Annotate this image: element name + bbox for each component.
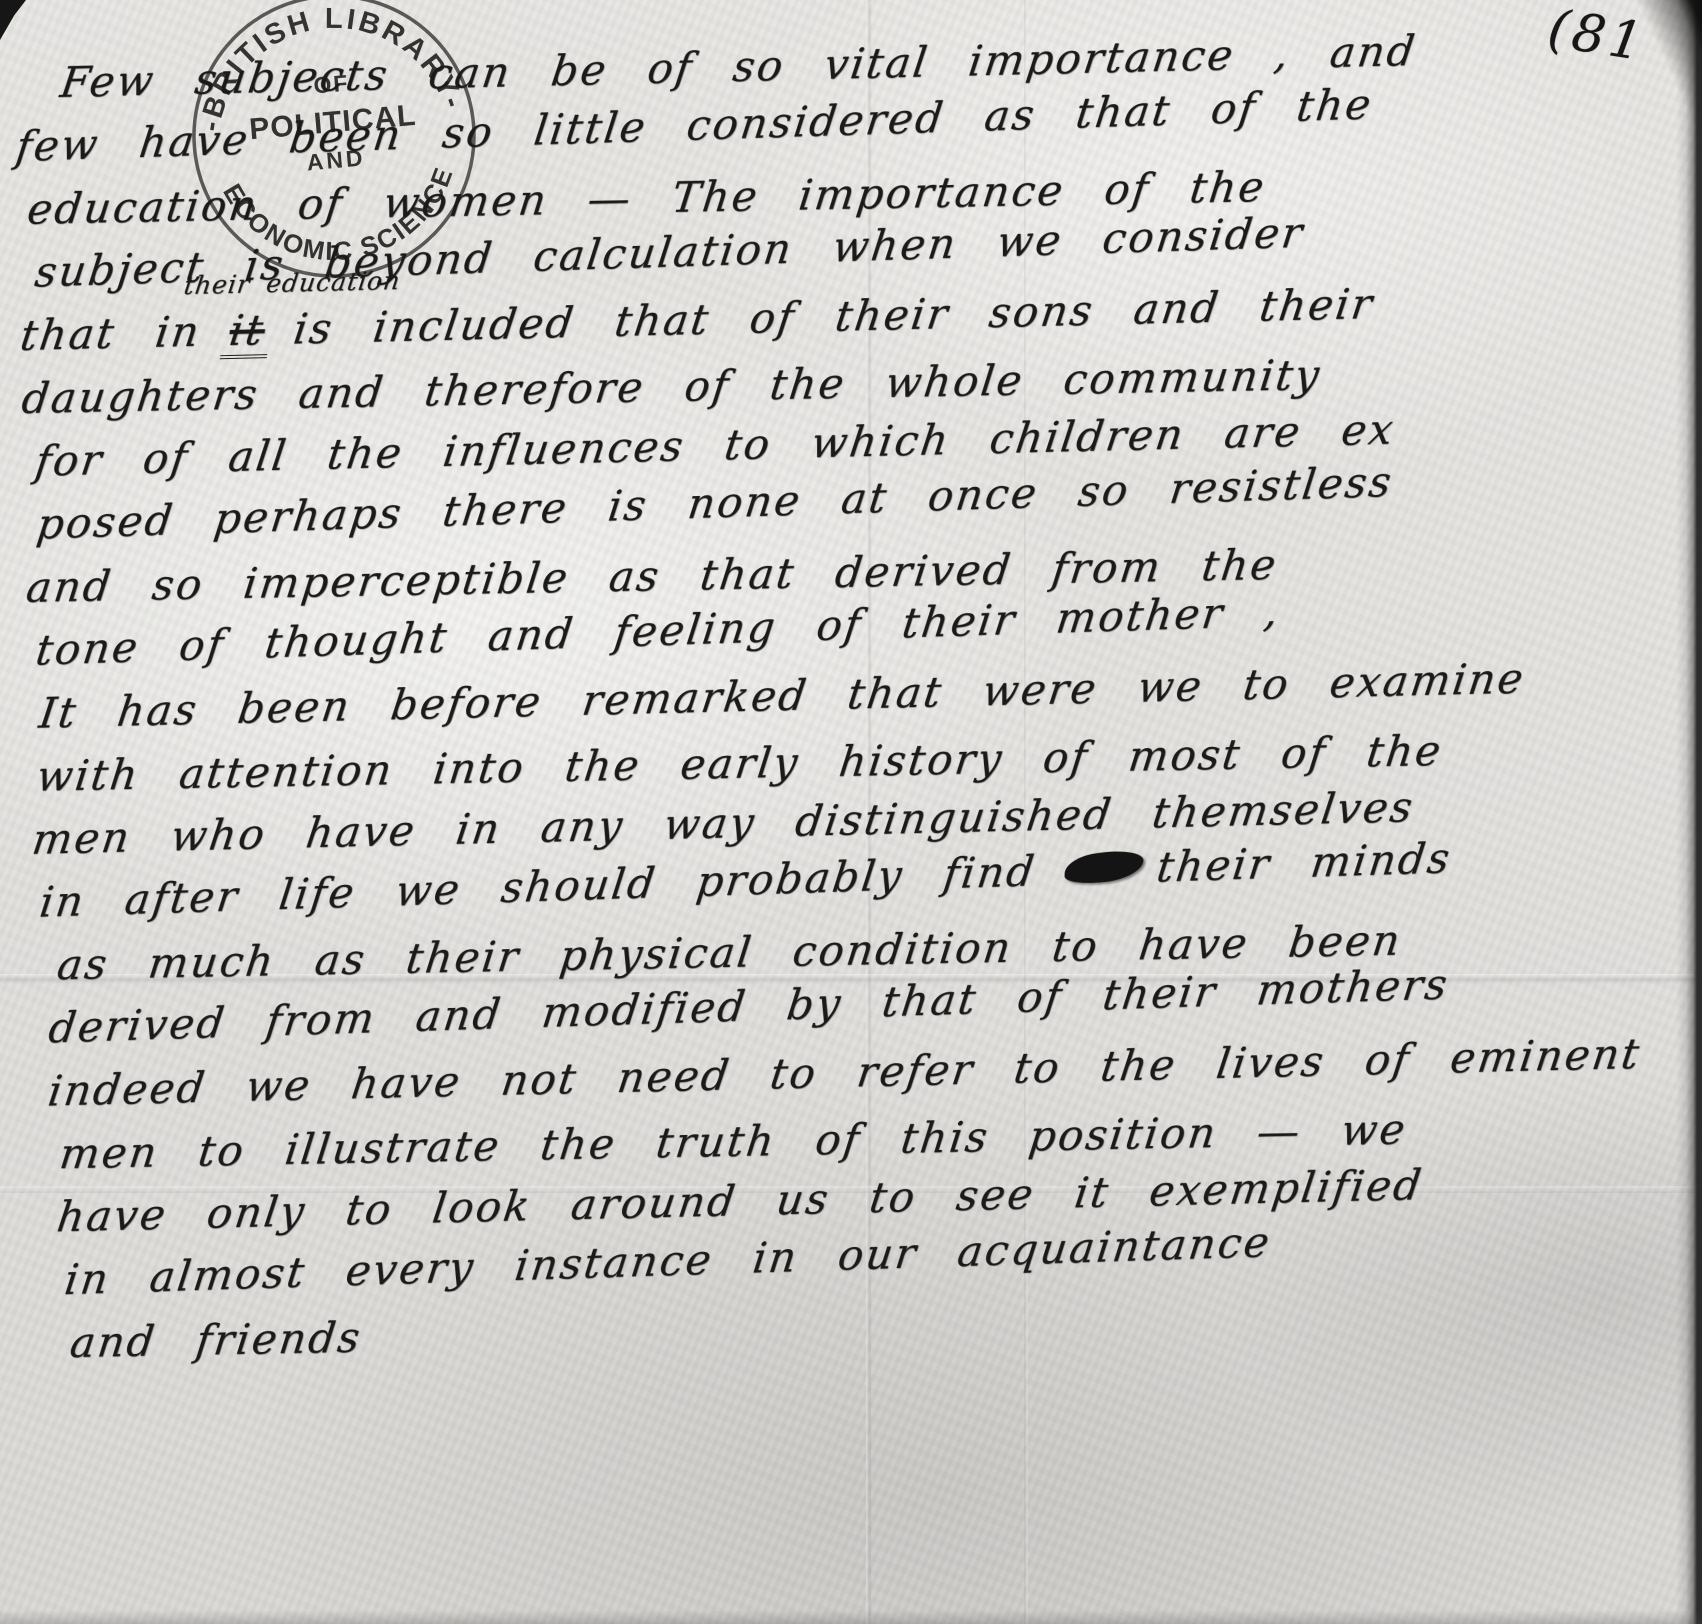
- struck-word-wrap: their educationit: [220, 298, 275, 362]
- manuscript-photo: -BRITISH LIBRARY- ECONOMIC SCIENCE OF PO…: [0, 0, 1702, 1624]
- photo-bottom-edge-shadow: [0, 1610, 1702, 1624]
- ink-blot-deletion: [1064, 848, 1144, 887]
- interlinear-insertion: their education: [182, 268, 402, 298]
- photo-top-left-corner-mark: [0, 0, 26, 40]
- line-text-segment: that in: [17, 307, 204, 360]
- line-text-segment: their minds: [1154, 833, 1455, 891]
- struck-word: it: [220, 305, 274, 359]
- handwriting-block: Few subjects can be of so vital importan…: [14, 12, 1702, 1374]
